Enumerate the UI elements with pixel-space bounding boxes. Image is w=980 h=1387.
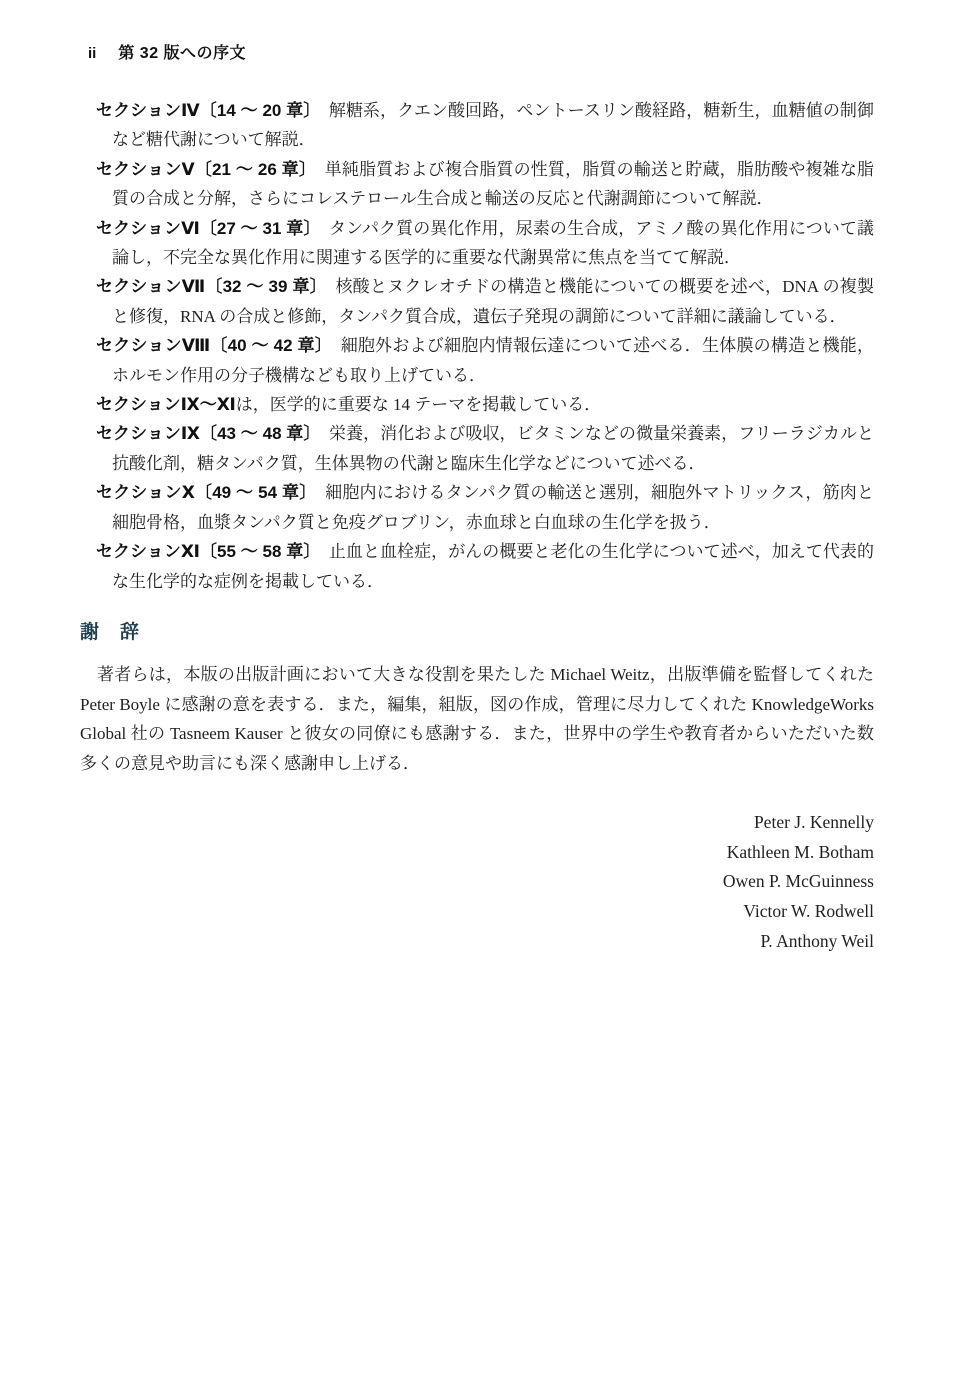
author-name: P. Anthony Weil [723,927,874,957]
list-item: セクションⅨ〔43 〜 48 章〕 栄養，消化および吸収，ビタミンなどの微量栄養… [96,419,874,478]
acknowledgments-heading: 謝 辞 [80,617,140,644]
list-item: セクションⅦ〔32 〜 39 章〕 核酸とヌクレオチドの構造と機能についての概要… [96,272,874,331]
author-name: Peter J. Kennelly [723,808,874,838]
section-label: セクションⅨ〔43 〜 48 章〕 [96,424,312,443]
list-item: セクションⅨ〜Ⅺは，医学的に重要な 14 テーマを掲載している． [96,390,874,419]
section-label: セクションⅩ〔49 〜 54 章〕 [96,483,308,502]
section-label: セクションⅥ〔27 〜 31 章〕 [96,219,312,238]
section-overview-list: セクションⅣ〔14 〜 20 章〕 解糖系，クエン酸回路，ペントースリン酸経路，… [96,96,874,596]
section-text: は，医学的に重要な 14 テーマを掲載している． [236,395,602,414]
list-item: セクションⅣ〔14 〜 20 章〕 解糖系，クエン酸回路，ペントースリン酸経路，… [96,96,874,155]
section-label: セクションⅪ〔55 〜 58 章〕 [96,542,312,561]
acknowledgments-paragraph: 著者らは，本版の出版計画において大きな役割を果たした Michael Weitz… [80,660,874,778]
page-number: ii [88,45,96,62]
list-item: セクションⅩ〔49 〜 54 章〕 細胞内におけるタンパク質の輸送と選別，細胞外… [96,478,874,537]
author-signature-list: Peter J. Kennelly Kathleen M. Botham Owe… [723,808,874,957]
list-item: セクションⅤ〔21 〜 26 章〕 単純脂質および複合脂質の性質，脂質の輸送と貯… [96,155,874,214]
running-head: ii 第 32 版への序文 [88,40,246,63]
list-item: セクションⅧ〔40 〜 42 章〕 細胞外および細胞内情報伝達について述べる．生… [96,331,874,390]
section-label: セクションⅣ〔14 〜 20 章〕 [96,101,312,120]
author-name: Owen P. McGuinness [723,867,874,897]
running-head-title: 第 32 版への序文 [118,40,246,63]
book-page: ii 第 32 版への序文 セクションⅣ〔14 〜 20 章〕 解糖系，クエン酸… [0,0,980,1387]
list-item: セクションⅪ〔55 〜 58 章〕 止血と血栓症，がんの概要と老化の生化学につい… [96,537,874,596]
author-name: Victor W. Rodwell [723,897,874,927]
section-label: セクションⅨ〜Ⅺ [96,395,236,414]
section-label: セクションⅦ〔32 〜 39 章〕 [96,277,318,296]
section-label: セクションⅤ〔21 〜 26 章〕 [96,160,308,179]
author-name: Kathleen M. Botham [723,838,874,868]
list-item: セクションⅥ〔27 〜 31 章〕 タンパク質の異化作用，尿素の生合成，アミノ酸… [96,214,874,273]
section-label: セクションⅧ〔40 〜 42 章〕 [96,336,323,355]
